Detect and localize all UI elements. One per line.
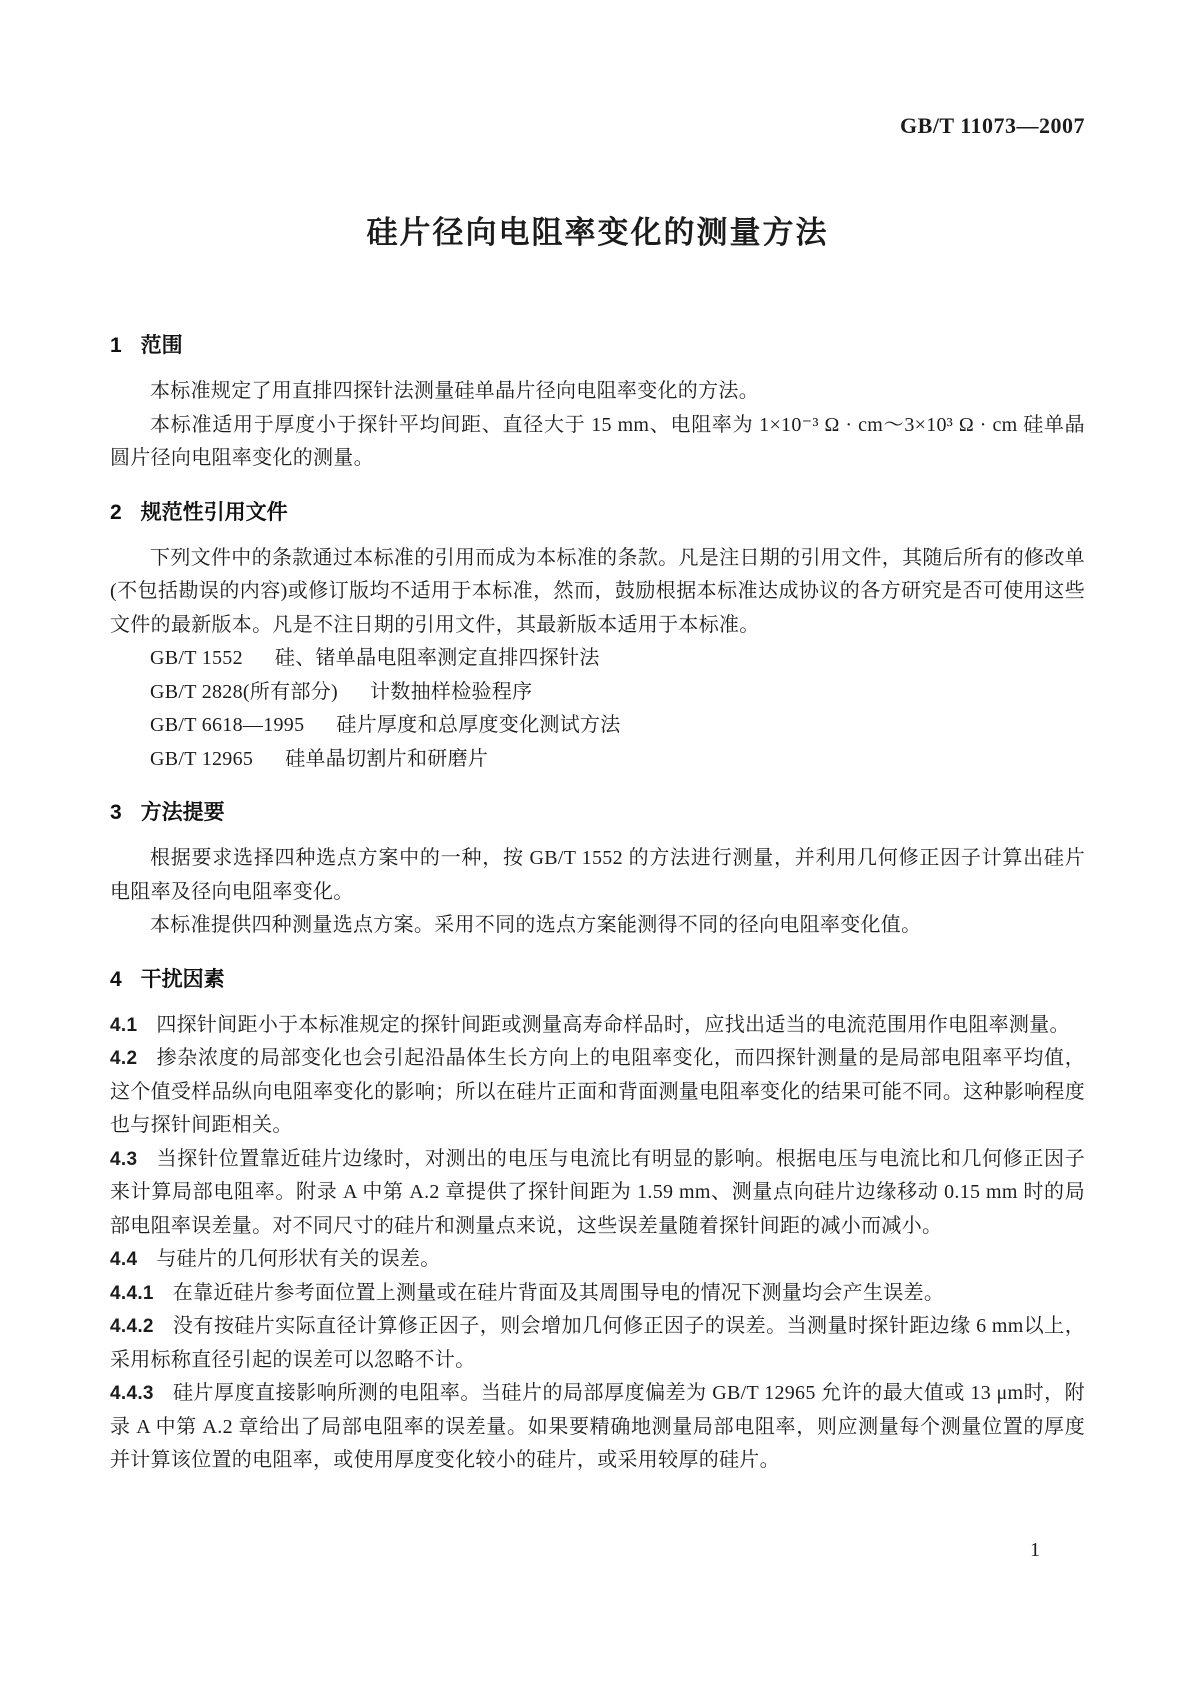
clause-number: 4.4.2 <box>110 1316 154 1337</box>
section-heading-label: 方法提要 <box>141 801 225 824</box>
section-4: 4干扰因素4.1四探针间距小于本标准规定的探针间距或测量高寿命样品时，应找出适当… <box>110 963 1085 1478</box>
reference-title: 计数抽样检验程序 <box>370 681 532 703</box>
section-heading-label: 干扰因素 <box>141 968 225 991</box>
section-number: 3 <box>110 801 122 824</box>
reference-title: 硅片厚度和总厚度变化测试方法 <box>336 714 620 736</box>
clause-number: 4.2 <box>110 1048 137 1069</box>
clause-number: 4.4.1 <box>110 1283 154 1304</box>
clause-number: 4.1 <box>110 1015 137 1036</box>
document-body: 1范围本标准规定了用直排四探针法测量硅单晶片径向电阻率变化的方法。本标准适用于厚… <box>110 329 1085 1478</box>
section-heading: 4干扰因素 <box>110 963 1085 997</box>
reference-item: GB/T 2828(所有部分)计数抽样检验程序 <box>110 676 1085 710</box>
paragraph: 根据要求选择四种选点方案中的一种，按 GB/T 1552 的方法进行测量，并利用… <box>110 842 1085 909</box>
section-number: 4 <box>110 968 122 991</box>
paragraph: 本标准规定了用直排四探针法测量硅单晶片径向电阻率变化的方法。 <box>110 375 1085 409</box>
section-heading: 1范围 <box>110 329 1085 363</box>
standard-number: GB/T 11073—2007 <box>110 0 1085 139</box>
section-number: 2 <box>110 501 122 524</box>
clause-4.1: 4.1四探针间距小于本标准规定的探针间距或测量高寿命样品时，应找出适当的电流范围… <box>110 1009 1085 1043</box>
document-page: GB/T 11073—2007 硅片径向电阻率变化的测量方法 1范围本标准规定了… <box>0 0 1191 1684</box>
clause-4.4.1: 4.4.1在靠近硅片参考面位置上测量或在硅片背面及其周围导电的情况下测量均会产生… <box>110 1277 1085 1311</box>
section-1: 1范围本标准规定了用直排四探针法测量硅单晶片径向电阻率变化的方法。本标准适用于厚… <box>110 329 1085 476</box>
section-3: 3方法提要根据要求选择四种选点方案中的一种，按 GB/T 1552 的方法进行测… <box>110 796 1085 943</box>
section-2: 2规范性引用文件下列文件中的条款通过本标准的引用而成为本标准的条款。凡是注日期的… <box>110 496 1085 777</box>
clause-4.4: 4.4与硅片的几何形状有关的误差。 <box>110 1243 1085 1277</box>
page-content: GB/T 11073—2007 硅片径向电阻率变化的测量方法 1范围本标准规定了… <box>110 0 1085 1478</box>
reference-code: GB/T 12965 <box>150 748 253 770</box>
clause-4.3: 4.3当探针位置靠近硅片边缘时，对测出的电压与电流比有明显的影响。根据电压与电流… <box>110 1143 1085 1244</box>
reference-title: 硅单晶切割片和研磨片 <box>285 748 488 770</box>
page-number: 1 <box>1030 1536 1040 1564</box>
clause-number: 4.4.3 <box>110 1383 154 1404</box>
section-heading: 2规范性引用文件 <box>110 496 1085 530</box>
clause-4.4.3: 4.4.3硅片厚度直接影响所测的电阻率。当硅片的局部厚度偏差为 GB/T 129… <box>110 1377 1085 1478</box>
reference-code: GB/T 2828(所有部分) <box>150 681 338 703</box>
section-number: 1 <box>110 334 122 357</box>
section-heading: 3方法提要 <box>110 796 1085 830</box>
reference-item: GB/T 6618—1995硅片厚度和总厚度变化测试方法 <box>110 709 1085 743</box>
page-title: 硅片径向电阻率变化的测量方法 <box>110 213 1085 253</box>
paragraph: 下列文件中的条款通过本标准的引用而成为本标准的条款。凡是注日期的引用文件，其随后… <box>110 542 1085 643</box>
reference-code: GB/T 6618—1995 <box>150 714 304 736</box>
paragraph: 本标准适用于厚度小于探针平均间距、直径大于 15 mm、电阻率为 1×10⁻³ … <box>110 409 1085 476</box>
paragraph: 本标准提供四种测量选点方案。采用不同的选点方案能测得不同的径向电阻率变化值。 <box>110 909 1085 943</box>
reference-title: 硅、锗单晶电阻率测定直排四探针法 <box>275 647 600 669</box>
section-heading-label: 规范性引用文件 <box>141 501 288 524</box>
clause-4.4.2: 4.4.2没有按硅片实际直径计算修正因子，则会增加几何修正因子的误差。当测量时探… <box>110 1310 1085 1377</box>
reference-item: GB/T 12965硅单晶切割片和研磨片 <box>110 743 1085 777</box>
clause-number: 4.4 <box>110 1249 137 1270</box>
reference-code: GB/T 1552 <box>150 647 243 669</box>
clause-number: 4.3 <box>110 1149 137 1170</box>
section-heading-label: 范围 <box>141 334 183 357</box>
clause-4.2: 4.2掺杂浓度的局部变化也会引起沿晶体生长方向上的电阻率变化，而四探针测量的是局… <box>110 1042 1085 1143</box>
reference-item: GB/T 1552硅、锗单晶电阻率测定直排四探针法 <box>110 642 1085 676</box>
